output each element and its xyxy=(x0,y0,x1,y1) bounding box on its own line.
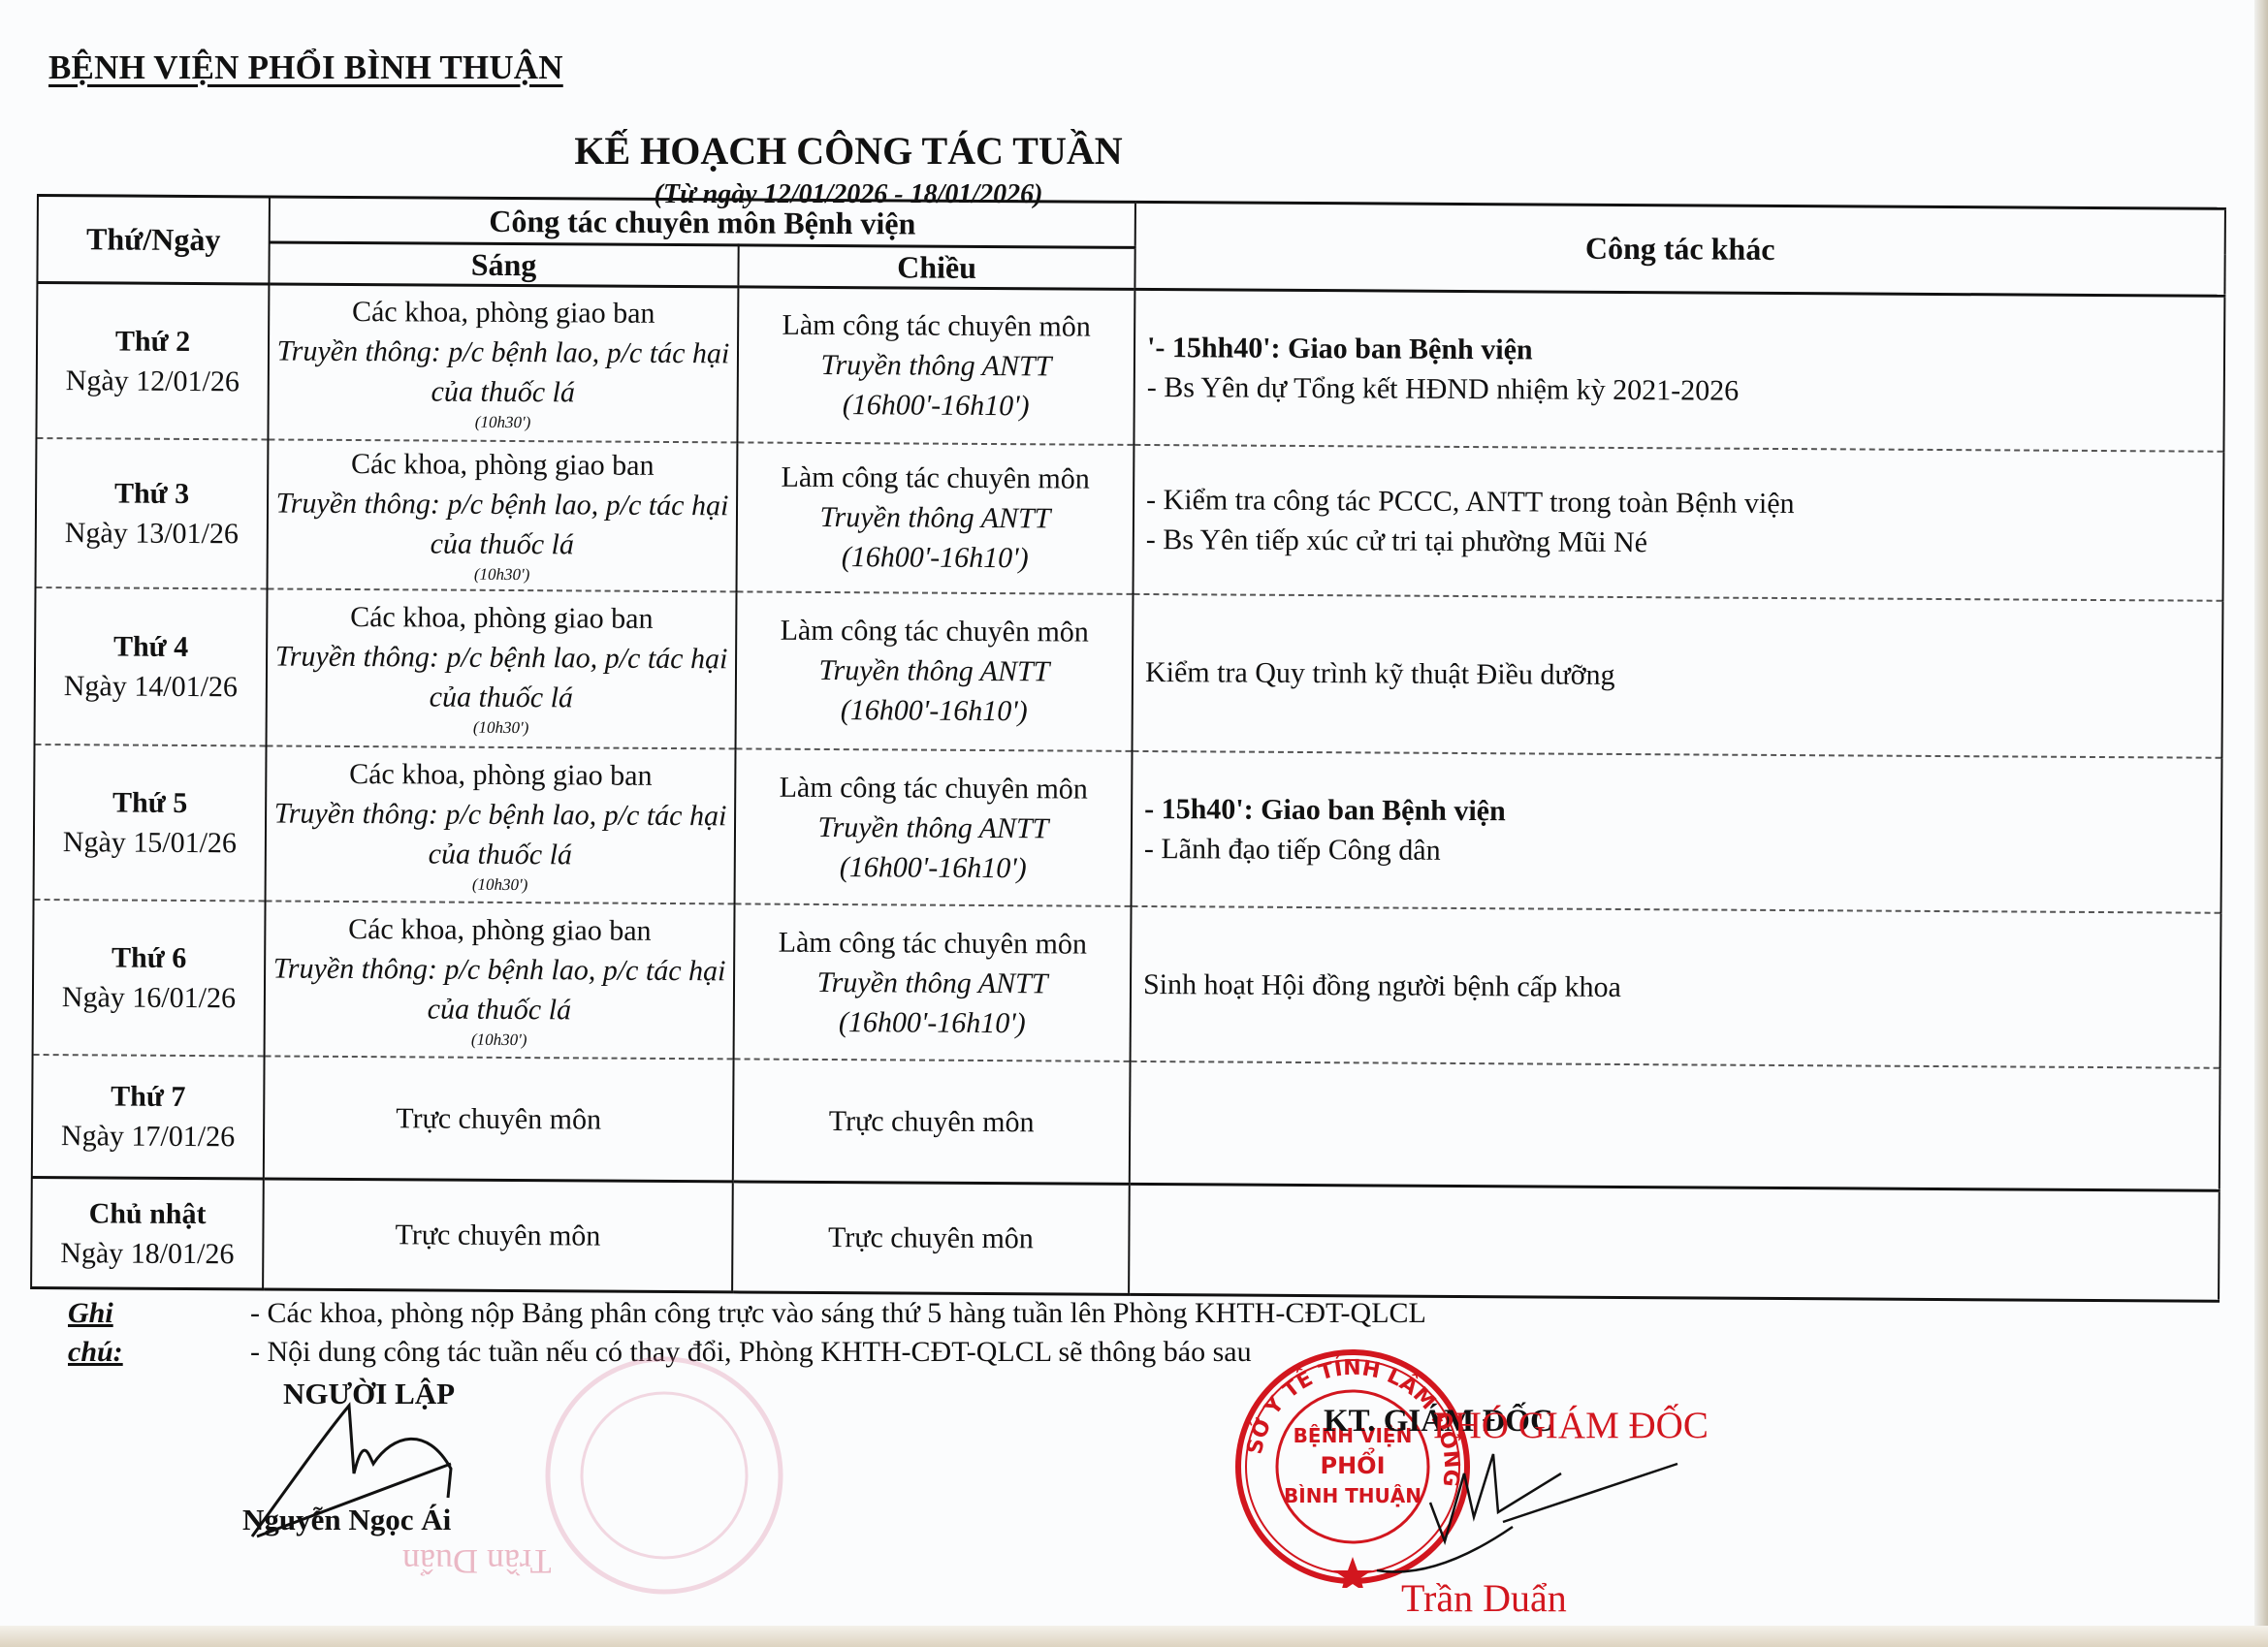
morning-time: (10h30') xyxy=(274,563,730,587)
table-row: Thứ 2Ngày 12/01/26Các khoa, phòng giao b… xyxy=(36,283,2224,452)
other-work-cell xyxy=(1130,1061,2220,1191)
afternoon-activity: Làm công tác chuyên môn xyxy=(745,305,1128,347)
day-date: Ngày 18/01/26 xyxy=(38,1233,256,1274)
morning-time: (10h30') xyxy=(272,1028,727,1052)
afternoon-activity: Làm công tác chuyên môn xyxy=(743,611,1126,652)
morning-communication: Truyền thông: p/c bệnh lao, p/c tác hại … xyxy=(275,332,731,414)
morning-activity: Trực chuyên môn xyxy=(271,1097,726,1140)
day-date: Ngày 17/01/26 xyxy=(39,1116,257,1156)
morning-cell: Các khoa, phòng giao banTruyền thông: p/… xyxy=(268,439,738,591)
afternoon-time: (16h00'-16h10') xyxy=(742,846,1125,888)
other-work-item: '- 15hh40': Giao ban Bệnh viện xyxy=(1147,328,2218,374)
table-row: Thứ 5Ngày 15/01/26Các khoa, phòng giao b… xyxy=(34,744,2222,913)
day-cell: Thứ 7Ngày 17/01/26 xyxy=(32,1055,265,1179)
director-signature-icon xyxy=(1338,1435,1745,1590)
faded-name-imprint: Trần Duẩn xyxy=(402,1541,552,1582)
morning-cell: Các khoa, phòng giao banTruyền thông: p/… xyxy=(267,588,737,748)
header-afternoon: Chiều xyxy=(738,245,1134,289)
page-edge xyxy=(2254,0,2268,1647)
other-work-cell: Sinh hoạt Hội đồng người bệnh cấp khoa xyxy=(1131,906,2221,1068)
afternoon-cell: Trực chuyên môn xyxy=(733,1060,1131,1185)
other-work-item: - Lãnh đạo tiếp Công dân xyxy=(1144,829,2215,875)
table-row: Thứ 7Ngày 17/01/26Trực chuyên mônTrực ch… xyxy=(32,1055,2220,1190)
other-work-cell: '- 15hh40': Giao ban Bệnh viện- Bs Yên d… xyxy=(1134,289,2224,451)
note-item: - Nội dung công tác tuần nếu có thay đổi… xyxy=(250,1333,1802,1372)
weekly-plan-table: Thứ/Ngày Công tác chuyên môn Bệnh viện C… xyxy=(30,194,2226,1303)
day-cell: Thứ 4Ngày 14/01/26 xyxy=(35,587,268,746)
header-day: Thứ/Ngày xyxy=(37,196,270,284)
day-cell: Chủ nhậtNgày 18/01/26 xyxy=(31,1178,264,1289)
morning-cell: Trực chuyên môn xyxy=(264,1057,734,1183)
afternoon-cell: Làm công tác chuyên mônTruyền thông ANTT… xyxy=(736,591,1134,751)
day-date: Ngày 16/01/26 xyxy=(40,977,258,1018)
other-work-item: Kiểm tra Quy trình kỹ thuật Điều dưỡng xyxy=(1145,652,2216,699)
morning-communication: Truyền thông: p/c bệnh lao, p/c tác hại … xyxy=(274,484,730,566)
afternoon-time: (16h00'-16h10') xyxy=(743,690,1126,732)
other-work-cell: Kiểm tra Quy trình kỹ thuật Điều dưỡng xyxy=(1133,594,2223,758)
day-name: Chủ nhật xyxy=(38,1193,256,1234)
afternoon-cell: Làm công tác chuyên mônTruyền thông ANTT… xyxy=(734,903,1132,1061)
table-row: Thứ 6Ngày 16/01/26Các khoa, phòng giao b… xyxy=(33,900,2221,1068)
other-work-item: Sinh hoạt Hội đồng người bệnh cấp khoa xyxy=(1143,965,2214,1011)
morning-communication: Truyền thông: p/c bệnh lao, p/c tác hại … xyxy=(272,793,728,875)
morning-activity: Các khoa, phòng giao ban xyxy=(272,753,728,796)
other-work-item: - 15h40': Giao ban Bệnh viện xyxy=(1144,789,2215,836)
day-name: Thứ 5 xyxy=(41,782,259,823)
day-name: Thứ 7 xyxy=(39,1076,257,1117)
document-title: KẾ HOẠCH CÔNG TÁC TUẦN xyxy=(0,128,1697,174)
afternoon-time: (16h00'-16h10') xyxy=(741,1001,1124,1043)
morning-activity: Các khoa, phòng giao ban xyxy=(273,597,729,640)
faded-stamp-icon xyxy=(538,1349,790,1601)
morning-cell: Trực chuyên môn xyxy=(263,1179,733,1292)
afternoon-cell: Làm công tác chuyên mônTruyền thông ANTT… xyxy=(735,748,1133,906)
notes-label: Ghi chú: xyxy=(68,1294,123,1372)
day-name: Thứ 6 xyxy=(40,937,258,978)
morning-activity: Các khoa, phòng giao ban xyxy=(272,908,727,951)
morning-time: (10h30') xyxy=(273,716,729,741)
header-other-work: Công tác khác xyxy=(1134,202,2225,296)
afternoon-time: (16h00'-16h10') xyxy=(745,385,1128,427)
afternoon-cell: Làm công tác chuyên mônTruyền thông ANTT… xyxy=(737,287,1134,445)
day-cell: Thứ 5Ngày 15/01/26 xyxy=(34,744,267,902)
note-item: - Các khoa, phòng nộp Bảng phân công trự… xyxy=(250,1294,1802,1333)
afternoon-activity: Làm công tác chuyên môn xyxy=(744,458,1127,499)
morning-cell: Các khoa, phòng giao banTruyền thông: p/… xyxy=(265,902,735,1060)
day-cell: Thứ 6Ngày 16/01/26 xyxy=(33,900,266,1057)
day-date: Ngày 13/01/26 xyxy=(43,513,261,554)
day-date: Ngày 15/01/26 xyxy=(41,822,259,863)
table-row: Chủ nhậtNgày 18/01/26Trực chuyên mônTrực… xyxy=(31,1178,2220,1301)
afternoon-cell: Trực chuyên môn xyxy=(732,1182,1130,1294)
afternoon-communication: Truyền thông ANTT xyxy=(744,497,1127,539)
afternoon-activity: Làm công tác chuyên môn xyxy=(741,922,1124,964)
afternoon-activity: Trực chuyên môn xyxy=(740,1100,1123,1142)
day-date: Ngày 12/01/26 xyxy=(44,361,262,401)
morning-activity: Các khoa, phòng giao ban xyxy=(275,292,731,334)
director-name: Trần Duẩn xyxy=(1401,1575,1567,1621)
morning-communication: Truyền thông: p/c bệnh lao, p/c tác hại … xyxy=(272,948,727,1030)
morning-communication: Truyền thông: p/c bệnh lao, p/c tác hại … xyxy=(273,637,729,719)
morning-time: (10h30') xyxy=(272,872,728,897)
morning-cell: Các khoa, phòng giao banTruyền thông: p/… xyxy=(266,745,736,903)
morning-cell: Các khoa, phòng giao banTruyền thông: p/… xyxy=(268,284,738,442)
afternoon-activity: Làm công tác chuyên môn xyxy=(742,767,1125,808)
day-cell: Thứ 2Ngày 12/01/26 xyxy=(36,283,269,440)
other-work-item: - Bs Yên tiếp xúc cử tri tại phường Mũi … xyxy=(1146,520,2217,566)
morning-time: (10h30') xyxy=(275,411,731,435)
day-cell: Thứ 3Ngày 13/01/26 xyxy=(36,438,269,589)
other-work-cell: - Kiểm tra công tác PCCC, ANTT trong toà… xyxy=(1134,445,2224,601)
other-work-item: - Kiểm tra công tác PCCC, ANTT trong toà… xyxy=(1146,480,2217,526)
table-row: Thứ 3Ngày 13/01/26Các khoa, phòng giao b… xyxy=(36,438,2224,601)
other-work-cell: - 15h40': Giao ban Bệnh viện- Lãnh đạo t… xyxy=(1132,751,2222,913)
page-bottom-edge xyxy=(0,1626,2268,1647)
other-work-item: - Bs Yên dự Tổng kết HĐND nhiệm kỳ 2021-… xyxy=(1147,367,2218,414)
notes-list: - Các khoa, phòng nộp Bảng phân công trự… xyxy=(250,1294,1802,1372)
header-morning: Sáng xyxy=(269,242,738,287)
day-name: Thứ 3 xyxy=(43,473,261,514)
other-work-cell xyxy=(1129,1185,2220,1301)
afternoon-activity: Trực chuyên môn xyxy=(739,1218,1122,1259)
table-row: Thứ 4Ngày 14/01/26Các khoa, phòng giao b… xyxy=(35,587,2223,758)
afternoon-communication: Truyền thông ANTT xyxy=(745,345,1128,387)
afternoon-communication: Truyền thông ANTT xyxy=(742,807,1125,848)
hospital-name: BỆNH VIỆN PHỔI BÌNH THUẬN xyxy=(48,48,563,87)
afternoon-cell: Làm công tác chuyên mônTruyền thông ANTT… xyxy=(737,442,1134,594)
header-professional-work: Công tác chuyên môn Bệnh viện xyxy=(270,197,1135,247)
morning-activity: Các khoa, phòng giao ban xyxy=(274,444,730,487)
afternoon-communication: Truyền thông ANTT xyxy=(743,650,1126,692)
preparer-name: Nguyễn Ngọc Ái xyxy=(242,1503,451,1537)
day-name: Thứ 2 xyxy=(44,321,262,362)
day-name: Thứ 4 xyxy=(42,626,260,667)
afternoon-time: (16h00'-16h10') xyxy=(744,537,1127,579)
morning-activity: Trực chuyên môn xyxy=(270,1215,725,1257)
afternoon-communication: Truyền thông ANTT xyxy=(741,962,1124,1003)
day-date: Ngày 14/01/26 xyxy=(42,666,260,707)
